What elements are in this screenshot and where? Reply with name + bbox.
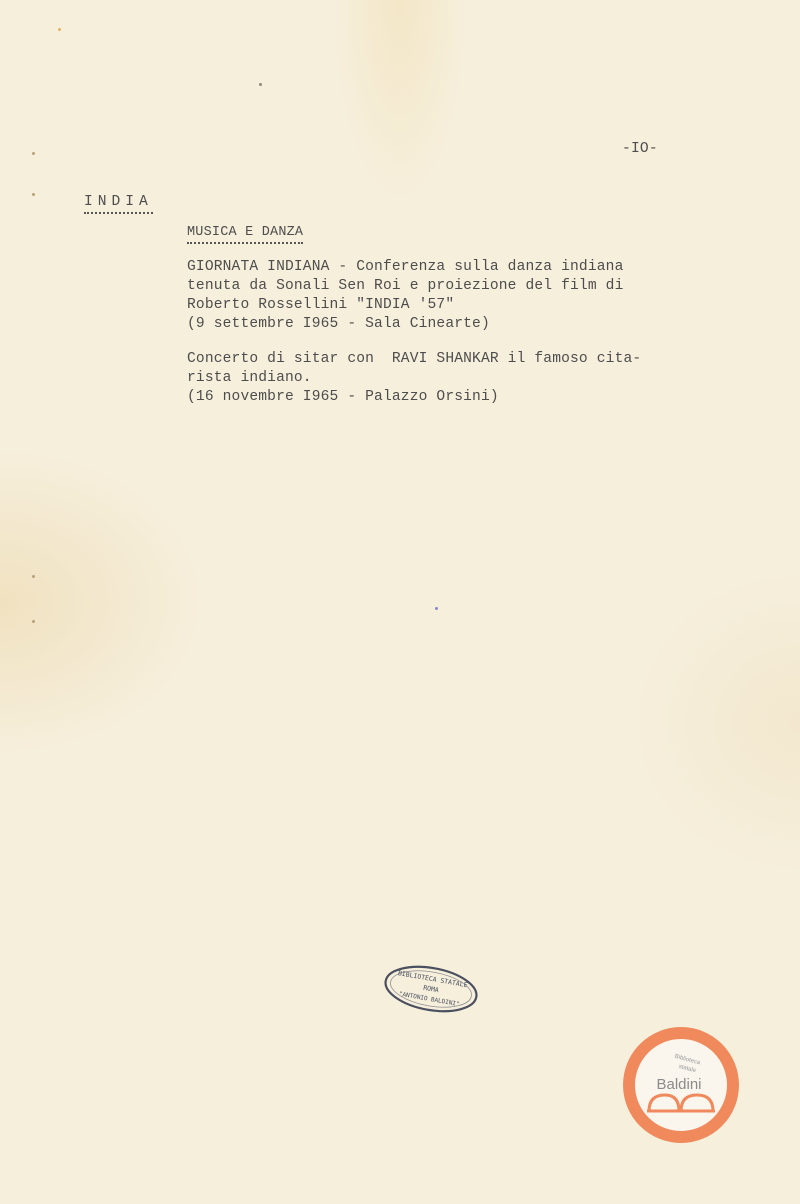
entry-line: tenuta da Sonali Sen Roi e proiezione de… — [187, 277, 623, 296]
entry-line: rista indiano. — [187, 369, 641, 388]
paper-speck — [435, 607, 438, 610]
stamp-middle-text: ROMA — [423, 984, 440, 995]
entry-line: (16 novembre I965 - Palazzo Orsini) — [187, 388, 641, 407]
logo-brand-text: Baldini — [656, 1076, 701, 1093]
paper-speck — [58, 28, 61, 31]
entry-line: Concerto di sitar con RAVI SHANKAR il fa… — [187, 350, 641, 369]
paper-speck — [32, 575, 35, 578]
library-stamp: BIBLIOTECA STATALE ROMA "ANTONIO BALDINI… — [383, 965, 479, 1013]
entry-line: Roberto Rossellini "INDIA '57" — [187, 296, 623, 315]
country-heading: INDIA — [84, 193, 153, 214]
entry-line: GIORNATA INDIANA - Conferenza sulla danz… — [187, 258, 623, 277]
paper-speck — [32, 193, 35, 196]
paper-speck — [32, 152, 35, 155]
event-entry: Concerto di sitar con RAVI SHANKAR il fa… — [187, 350, 641, 407]
paper-speck — [259, 83, 262, 86]
baldini-logo: Biblioteca statale Baldini — [621, 1025, 741, 1145]
page-number: -IO- — [622, 140, 658, 159]
section-heading: MUSICA E DANZA — [187, 223, 303, 244]
event-entry: GIORNATA INDIANA - Conferenza sulla danz… — [187, 258, 623, 334]
entry-line: (9 settembre I965 - Sala Cinearte) — [187, 315, 623, 334]
paper-speck — [32, 620, 35, 623]
